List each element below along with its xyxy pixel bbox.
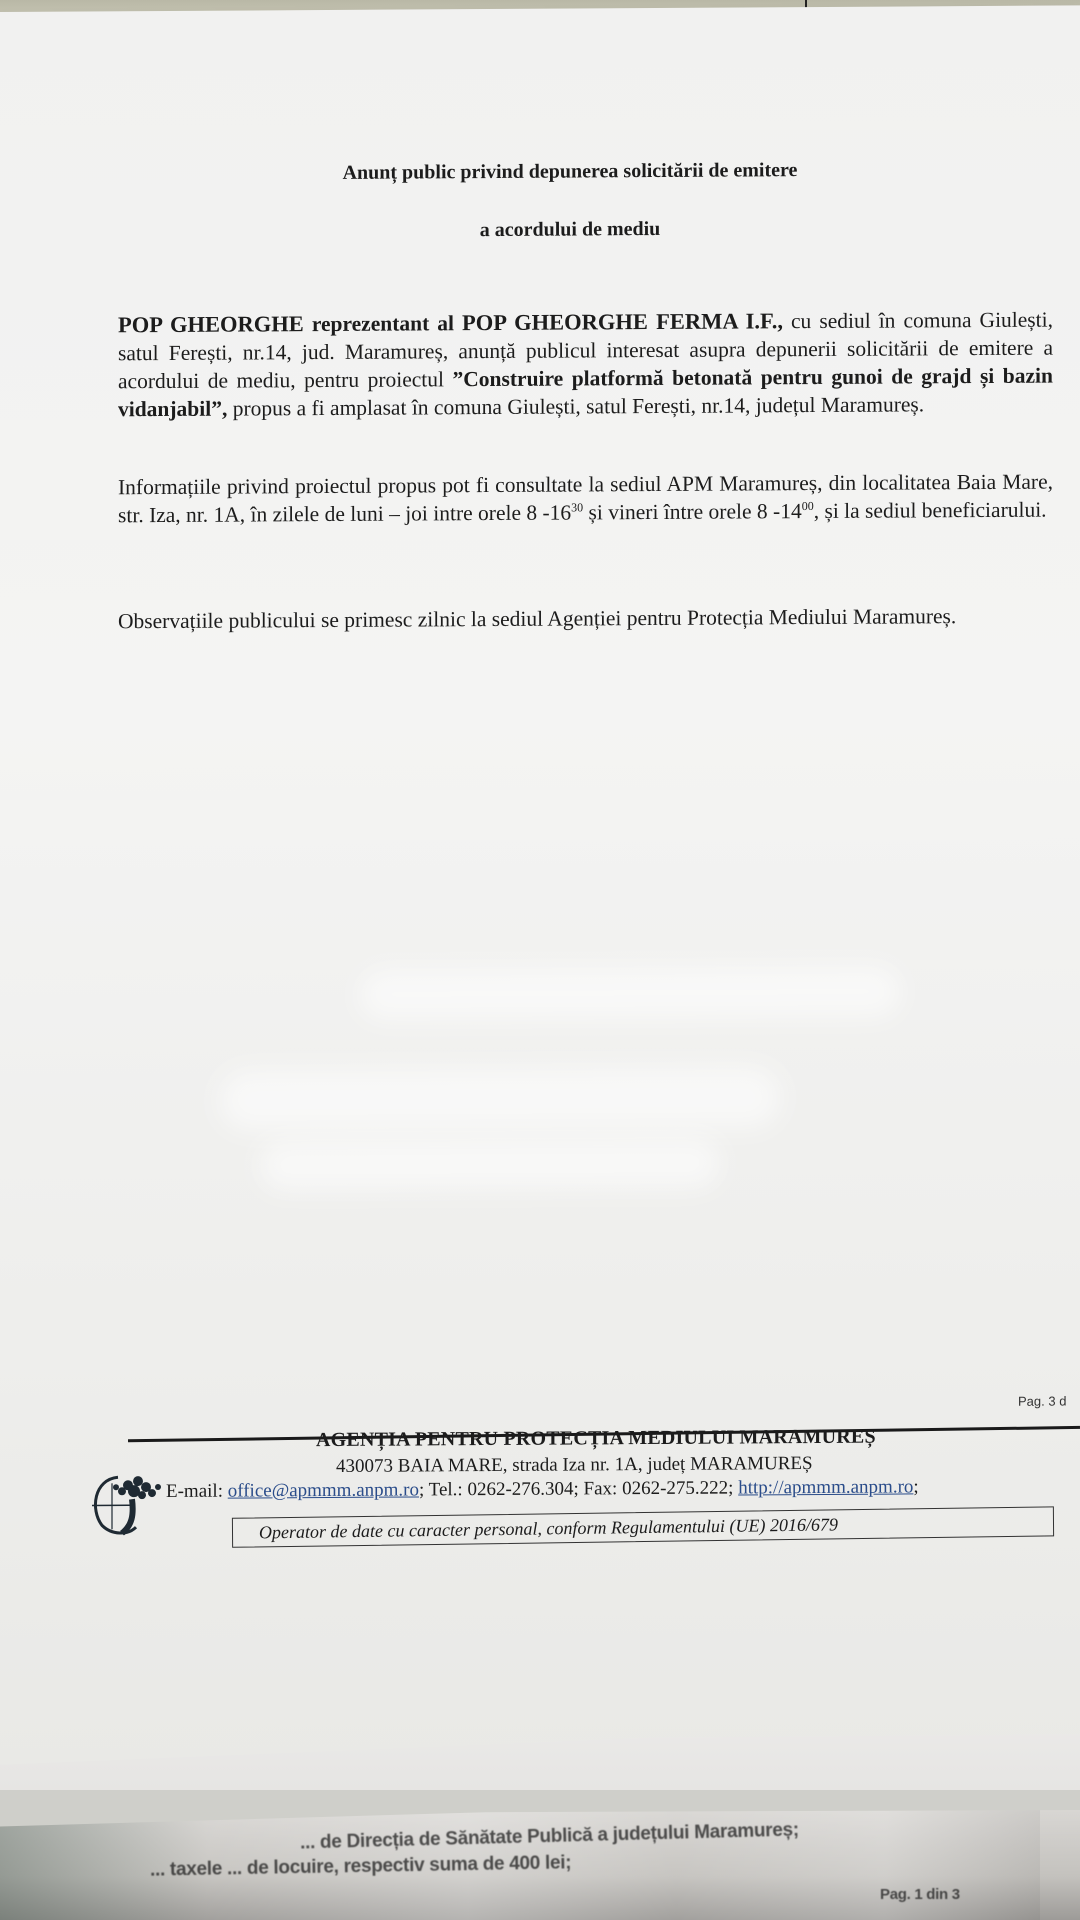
document-title-line-2: a acordului de mediu	[30, 215, 1080, 245]
agency-address: 430073 BAIA MARE, strada Iza nr. 1A, jud…	[336, 1453, 813, 1478]
hours-superscript: 30	[571, 500, 583, 514]
agency-contact: E-mail: office@apmmm.anpm.ro; Tel.: 0262…	[166, 1476, 919, 1503]
phone-fax: ; Tel.: 0262-276.304; Fax: 0262-275.222;	[419, 1477, 738, 1500]
email-link[interactable]: office@apmmm.anpm.ro	[228, 1479, 419, 1501]
gdpr-notice: Operator de date cu caracter personal, c…	[232, 1506, 1054, 1547]
tree-globe-logo-icon	[88, 1469, 170, 1536]
redaction-blur	[360, 967, 900, 1020]
paragraph-observations: Observațiile publicului se primesc zilni…	[118, 602, 1053, 636]
underlying-page: ... de Direcția de Sănătate Publică a ju…	[0, 1810, 1080, 1920]
website-suffix: ;	[913, 1476, 918, 1497]
company-name: POP GHEORGHE FERMA I.F.,	[462, 308, 783, 335]
website-link[interactable]: http://apmmm.anpm.ro	[738, 1476, 913, 1498]
info-text-friday: și vineri între orele 8 -14	[583, 499, 802, 524]
document-title-line-1: Anunț public privind depunerea solicităr…	[30, 157, 1080, 187]
email-label: E-mail:	[166, 1481, 228, 1502]
info-text-end: , și la sediul beneficiarului.	[814, 498, 1047, 523]
applicant-name: POP GHEORGHE	[118, 311, 304, 337]
paragraph-announcement: POP GHEORGHE reprezentant al POP GHEORGH…	[118, 306, 1053, 424]
hours-superscript-friday: 00	[802, 499, 814, 513]
document-page: Anunț public privind depunerea solicităr…	[0, 5, 1080, 1772]
announcement-location: propus a fi amplasat în comuna Giulești,…	[233, 392, 924, 420]
redaction-blur	[220, 1067, 780, 1130]
agency-name: AGENȚIA PENTRU PROTECȚIA MEDIULUI MARAMU…	[316, 1426, 876, 1452]
applicant-role: reprezentant al	[312, 311, 454, 336]
underlying-line-3: Pag. 1 din 3	[880, 1886, 960, 1903]
redaction-blur	[260, 1138, 720, 1191]
page-number: Pag. 3 d	[1018, 1393, 1066, 1408]
paragraph-information: Informațiile privind proiectul propus po…	[118, 468, 1053, 530]
